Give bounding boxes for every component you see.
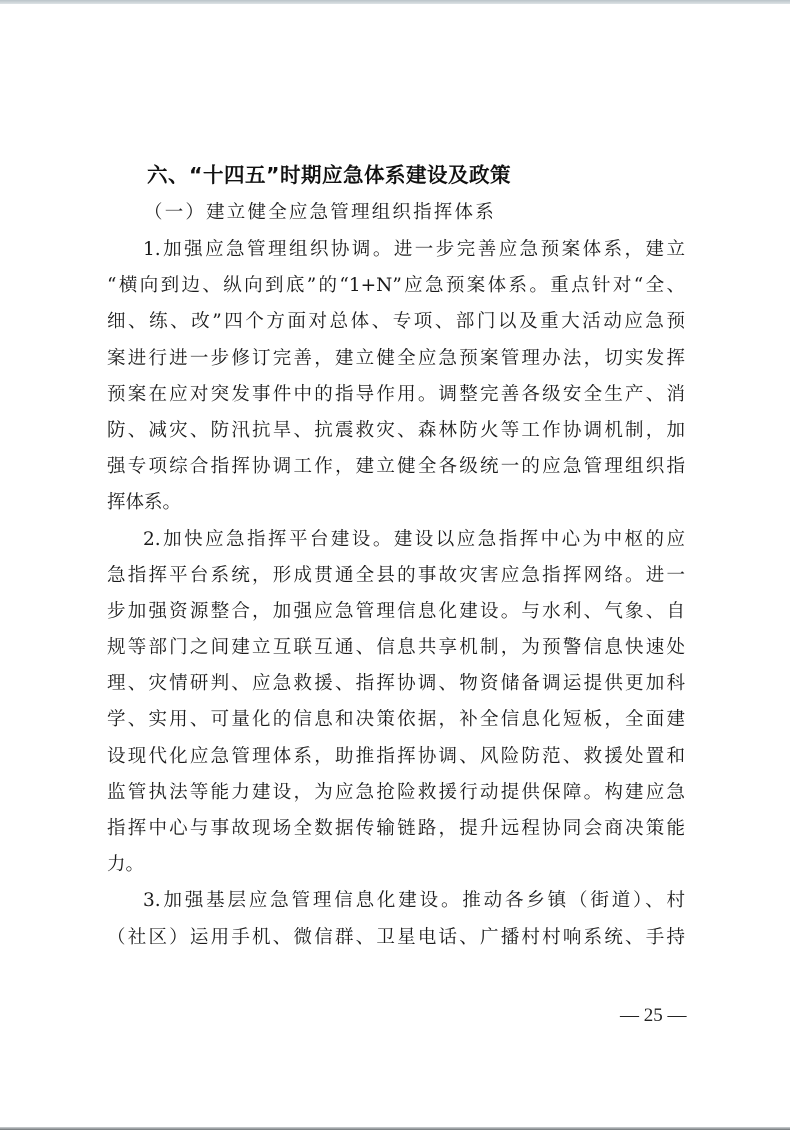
- text-line: 监管执法等能力建设，为应急抢险救援行动提供保障。构建应急: [107, 775, 685, 811]
- text-line: （社区）运用手机、微信群、卫星电话、广播村村响系统、手持: [107, 920, 685, 956]
- body-text: 1.加强应急管理组织协调。进一步完善应急预案体系，建立 “横向到边、纵向到底”的…: [107, 232, 685, 956]
- subsection-heading: （一）建立健全应急管理组织指挥体系: [144, 198, 496, 224]
- text-line: 1.加强应急管理组织协调。进一步完善应急预案体系，建立: [107, 232, 685, 268]
- text-line: 步加强资源整合，加强应急管理信息化建设。与水利、气象、自: [107, 594, 685, 630]
- text-line: 理、灾情研判、应急救援、指挥协调、物资储备调运提供更加科: [107, 666, 685, 702]
- text-line: 预案在应对突发事件中的指导作用。调整完善各级安全生产、消: [107, 377, 685, 413]
- text-line: 2.加快应急指挥平台建设。建设以应急指挥中心为中枢的应: [107, 522, 685, 558]
- text-line: 设现代化应急管理体系，助推指挥协调、风险防范、救援处置和: [107, 739, 685, 775]
- text-line: 3.加强基层应急管理信息化建设。推动各乡镇（街道）、村: [107, 883, 685, 919]
- text-line: 急指挥平台系统，形成贯通全县的事故灾害应急指挥网络。进一: [107, 558, 685, 594]
- text-line: 强专项综合指挥协调工作，建立健全各级统一的应急管理组织指: [107, 449, 685, 485]
- text-line: 防、减灾、防汛抗旱、抗震救灾、森林防火等工作协调机制，加: [107, 413, 685, 449]
- text-line: 指挥中心与事故现场全数据传输链路，提升远程协同会商决策能: [107, 811, 685, 847]
- text-line: 力。: [107, 847, 685, 883]
- text-line: 规等部门之间建立互联互通、信息共享机制，为预警信息快速处: [107, 630, 685, 666]
- page-number: — 25 —: [620, 1005, 687, 1027]
- section-heading: 六、“十四五”时期应急体系建设及政策: [147, 158, 511, 188]
- text-line: 案进行进一步修订完善，建立健全应急预案管理办法，切实发挥: [107, 341, 685, 377]
- scan-edge-top: [0, 0, 790, 4]
- text-line: “横向到边、纵向到底”的“1+N”应急预案体系。重点针对“全、: [107, 268, 685, 304]
- text-line: 细、练、改”四个方面对总体、专项、部门以及重大活动应急预: [107, 304, 685, 340]
- text-line: 挥体系。: [107, 485, 685, 521]
- text-line: 学、实用、可量化的信息和决策依据，补全信息化短板，全面建: [107, 702, 685, 738]
